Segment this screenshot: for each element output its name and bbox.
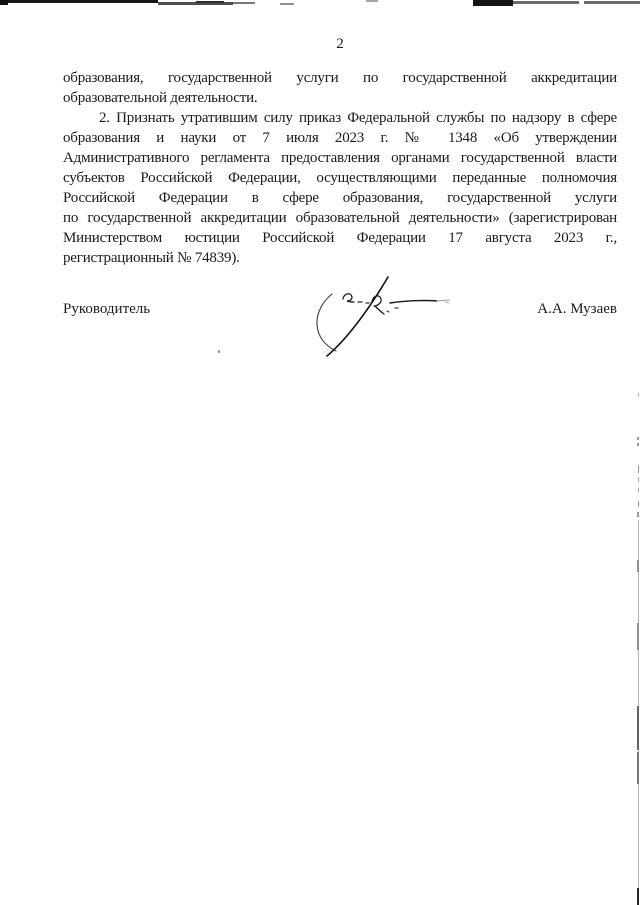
scan-artifact-top-bar bbox=[233, 2, 255, 4]
scan-artifact-top-bar bbox=[196, 1, 224, 3]
scan-artifact-top-bar bbox=[473, 0, 513, 6]
text-line: Административного регламента предоставле… bbox=[63, 148, 617, 168]
scan-artifact-top-bar bbox=[280, 3, 294, 5]
paragraph-1: образования, государственной услуги по г… bbox=[63, 68, 617, 108]
text-line: по государственной аккредитации образова… bbox=[63, 208, 617, 228]
scan-artifact-right-edge bbox=[637, 437, 639, 440]
scan-artifact-right-edge bbox=[637, 706, 639, 750]
scan-artifact-right-edge bbox=[637, 623, 639, 650]
scan-artifact-right-edge bbox=[637, 560, 639, 572]
text-line: Министерством юстиции Российской Федерац… bbox=[63, 228, 617, 248]
scan-artifact-top-bar bbox=[0, 0, 8, 5]
scan-artifact-top-bar bbox=[0, 0, 158, 3]
scan-artifact-right-edge bbox=[637, 443, 639, 446]
scan-artifact-right-edge bbox=[637, 888, 639, 905]
signatory-name: А.А. Музаев bbox=[537, 300, 617, 318]
handwritten-signature-image bbox=[308, 268, 458, 360]
scan-artifact-right-edge bbox=[638, 477, 639, 482]
scan-artifact-right-edge bbox=[638, 393, 639, 396]
page-number: 2 bbox=[63, 36, 617, 52]
scan-artifact-top-bar bbox=[513, 1, 579, 4]
body-text: образования, государственной услуги по г… bbox=[63, 68, 617, 268]
text-line: 2. Признать утратившим силу приказ Федер… bbox=[63, 108, 617, 128]
scan-artifact-right-edge bbox=[637, 512, 639, 517]
scan-artifact-top-bar bbox=[584, 1, 640, 4]
scan-artifact-right-edge bbox=[638, 501, 639, 507]
text-line: Российской Федерации в сфере образования… bbox=[63, 188, 617, 208]
text-line: регистрационный № 74839). bbox=[63, 248, 617, 268]
text-line: образования, государственной услуги по г… bbox=[63, 68, 617, 88]
scan-artifact-right-edge bbox=[638, 488, 639, 492]
scan-artifact-right-edge bbox=[638, 466, 639, 473]
text-line: субъектов Российской Федерации, осуществ… bbox=[63, 168, 617, 188]
text-line: образования и науки от 7 июля 2023 г. № … bbox=[63, 128, 617, 148]
scan-artifact-right-edge bbox=[637, 752, 639, 784]
paragraph-2: 2. Признать утратившим силу приказ Федер… bbox=[63, 108, 617, 268]
document-page: 2 образования, государственной услуги по… bbox=[0, 0, 640, 905]
text-line: образовательной деятельности. bbox=[63, 88, 617, 108]
signature-role-label: Руководитель bbox=[63, 300, 150, 318]
scan-artifact-top-bar bbox=[366, 0, 378, 2]
scan-artifact-speck bbox=[218, 350, 220, 353]
